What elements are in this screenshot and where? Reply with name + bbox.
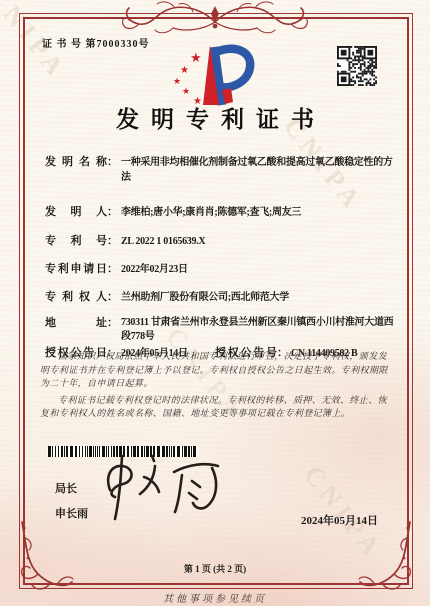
star-icon: ★ — [173, 76, 181, 86]
field-value: 一种采用非均相催化剂制备过氧乙酸和提高过氧乙酸稳定性的方法 — [121, 155, 398, 185]
star-icon: ★ — [180, 65, 189, 76]
field-invention-title: 发明名称： 一种采用非均相催化剂制备过氧乙酸和提高过氧乙酸稳定性的方法 — [45, 155, 398, 185]
qr-code — [337, 46, 377, 86]
certificate-title: 发明专利证书 — [0, 101, 430, 134]
field-filing-date: 专利申请日： 2022年02月23日 — [45, 262, 398, 277]
legal-text: 国家知识产权局依照中华人民共和国专利法进行审查，决定授予专利权，颁发发明专利证书… — [40, 350, 392, 424]
cnipa-logo-icon: ★ ★ ★ ★ ★ — [170, 44, 260, 106]
continuation-note: 其他事项参见续页 — [0, 590, 430, 605]
field-label: 发明人 — [45, 205, 107, 220]
page-number: 第 1 页 (共 2 页) — [0, 562, 430, 575]
field-inventors: 发明人： 李维柏;唐小华;康肖肖;陈德军;查飞;周友三 — [45, 205, 398, 220]
field-patent-number: 专利号： ZL 2022 1 0165639.X — [45, 234, 398, 249]
signer-title: 局长 — [55, 480, 88, 496]
field-label: 专利申请日 — [45, 262, 107, 277]
certificate-number: 证 书 号 第7000330号 — [42, 35, 150, 50]
field-label: 地址 — [45, 316, 107, 330]
field-label: 专利权人 — [45, 290, 107, 305]
field-address: 地址： 730311 甘肃省兰州市永登县兰州新区秦川镇西小川村淮河大道西段778… — [45, 316, 398, 344]
field-patentee: 专利权人： 兰州助剂厂股份有限公司;西北师范大学 — [45, 290, 398, 305]
legal-paragraph-2: 专利证书记载专利权登记时的法律状况。专利权的转移、质押、无效、终止、恢复和专利权… — [40, 394, 392, 421]
signature-handwriting — [92, 450, 227, 525]
signer-name: 申长雨 — [55, 505, 88, 521]
certificate-fields: 发明名称： 一种采用非均相催化剂制备过氧乙酸和提高过氧乙酸稳定性的方法 发明人：… — [45, 155, 398, 361]
field-value: 李维柏;唐小华;康肖肖;陈德军;查飞;周友三 — [121, 205, 398, 220]
field-value: 兰州助剂厂股份有限公司;西北师范大学 — [121, 290, 398, 305]
issue-date: 2024年05月14日 — [301, 512, 378, 528]
star-icon: ★ — [190, 50, 202, 65]
signer-block: 局长 申长雨 — [55, 480, 88, 530]
field-value: 730311 甘肃省兰州市永登县兰州新区秦川镇西小川村淮河大道西段778号 — [121, 316, 398, 344]
field-label: 专利号 — [45, 234, 107, 249]
field-label: 发明名称 — [45, 155, 107, 170]
star-icon: ★ — [182, 86, 190, 96]
legal-paragraph-1: 国家知识产权局依照中华人民共和国专利法进行审查，决定授予专利权，颁发发明专利证书… — [40, 350, 392, 391]
patent-certificate-page: CNIPA CNIPA CNIPA CNIPA — [0, 0, 430, 606]
field-value: ZL 2022 1 0165639.X — [121, 234, 398, 249]
field-value: 2022年02月23日 — [121, 262, 398, 277]
